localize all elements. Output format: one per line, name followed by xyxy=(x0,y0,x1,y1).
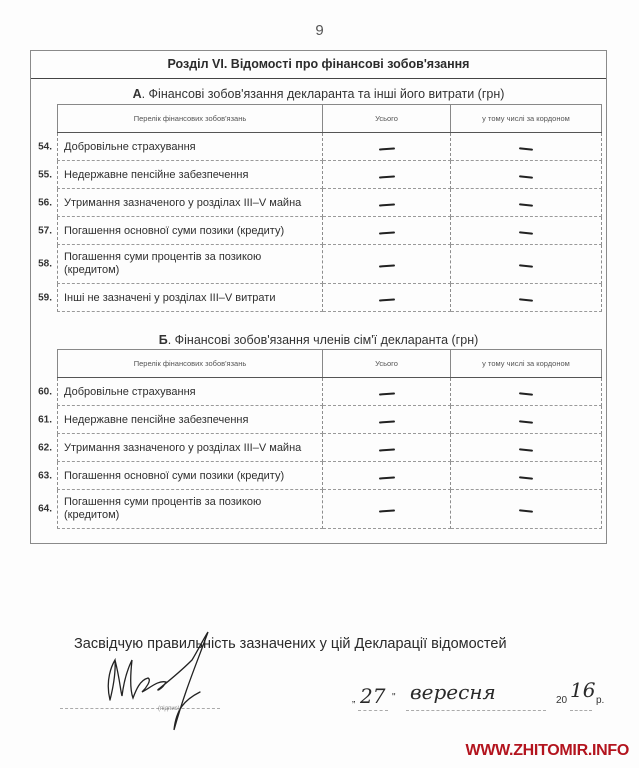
row-number: 62. xyxy=(28,442,52,453)
abroad-cell xyxy=(451,462,602,490)
total-cell xyxy=(323,462,451,490)
row-number: 59. xyxy=(28,292,52,303)
total-cell xyxy=(323,189,451,217)
table-b-title: Б. Фінансові зобов'язання членів сім'ї д… xyxy=(31,333,606,347)
abroad-cell xyxy=(451,406,602,434)
table-row: 59.Інші не зазначені у розділах III–V ви… xyxy=(58,284,602,312)
table-row: 54.Добровільне страхування xyxy=(58,133,602,161)
month-underline xyxy=(406,710,546,711)
table-row: 55.Недержавне пенсійне забезпечення xyxy=(58,161,602,189)
table-row: 57.Погашення основної суми позики (креди… xyxy=(58,217,602,245)
row-number: 57. xyxy=(28,225,52,236)
row-number: 55. xyxy=(28,169,52,180)
row-label: Погашення суми процентів за позикою (кре… xyxy=(64,496,279,522)
row-label: Добровільне страхування xyxy=(64,386,196,398)
table-a-title-text: . Фінансові зобов'язання декларанта та і… xyxy=(142,87,505,101)
table-a: Перелік фінансових зобов'язань Усього у … xyxy=(57,104,602,312)
handwritten-dash-icon xyxy=(378,231,394,234)
row-label-cell: 54.Добровільне страхування xyxy=(58,133,323,161)
handwritten-dash-icon xyxy=(378,175,394,178)
handwritten-dash-icon xyxy=(378,147,394,150)
row-label-cell: 59.Інші не зазначені у розділах III–V ви… xyxy=(58,284,323,312)
row-label-cell: 58.Погашення суми процентів за позикою (… xyxy=(58,245,323,284)
table-row: 60.Добровільне страхування xyxy=(58,378,602,406)
column-header-total: Усього xyxy=(323,105,451,133)
abroad-cell xyxy=(451,245,602,284)
abroad-cell xyxy=(451,490,602,529)
row-number: 56. xyxy=(28,197,52,208)
table-b-title-text: . Фінансові зобов'язання членів сім'ї де… xyxy=(168,333,479,347)
handwritten-dash-icon xyxy=(519,175,533,178)
handwritten-dash-icon xyxy=(378,448,394,451)
row-number: 54. xyxy=(28,141,52,152)
page-number: 9 xyxy=(0,22,639,39)
handwritten-dash-icon xyxy=(378,476,394,479)
row-number: 60. xyxy=(28,386,52,397)
row-number: 64. xyxy=(28,504,52,515)
section-vi-box: Розділ VI. Відомості про фінансові зобов… xyxy=(30,50,607,544)
abroad-cell xyxy=(451,284,602,312)
date-open-quote: „ xyxy=(352,694,355,705)
table-row: 56.Утримання зазначеного у розділах III–… xyxy=(58,189,602,217)
watermark: WWW.ZHITOMIR.INFO xyxy=(466,742,629,760)
table-row: 62.Утримання зазначеного у розділах III–… xyxy=(58,434,602,462)
column-header-total: Усього xyxy=(323,350,451,378)
table-row: 58.Погашення суми процентів за позикою (… xyxy=(58,245,602,284)
row-label-cell: 63.Погашення основної суми позики (креди… xyxy=(58,462,323,490)
table-a-letter: А xyxy=(133,87,142,101)
table-a-title: А. Фінансові зобов'язання декларанта та … xyxy=(31,87,606,101)
row-label: Утримання зазначеного у розділах III–V м… xyxy=(64,442,301,454)
row-label: Погашення суми процентів за позикою (кре… xyxy=(64,251,279,277)
table-a-header-row: Перелік фінансових зобов'язань Усього у … xyxy=(58,105,602,133)
table-b-letter: Б xyxy=(159,333,168,347)
column-header-abroad: у тому числі за кордоном xyxy=(451,350,602,378)
table-b: Перелік фінансових зобов'язань Усього у … xyxy=(57,349,602,529)
row-label: Інші не зазначені у розділах III–V витра… xyxy=(64,292,275,304)
table-row: 61.Недержавне пенсійне забезпечення xyxy=(58,406,602,434)
date-day: 27 xyxy=(360,684,385,708)
column-header-list: Перелік фінансових зобов'язань xyxy=(58,105,323,133)
signature-caption: (підпис) xyxy=(158,706,180,712)
abroad-cell xyxy=(451,133,602,161)
row-label-cell: 61.Недержавне пенсійне забезпечення xyxy=(58,406,323,434)
day-underline xyxy=(358,710,388,711)
handwritten-dash-icon xyxy=(519,298,533,301)
handwritten-dash-icon xyxy=(378,298,394,301)
date-year-unit: р. xyxy=(596,695,604,706)
row-number: 61. xyxy=(28,414,52,425)
total-cell xyxy=(323,378,451,406)
abroad-cell xyxy=(451,434,602,462)
row-label: Недержавне пенсійне забезпечення xyxy=(64,169,248,181)
column-header-abroad: у тому числі за кордоном xyxy=(451,105,602,133)
abroad-cell xyxy=(451,161,602,189)
row-label: Погашення основної суми позики (кредиту) xyxy=(64,470,284,482)
total-cell xyxy=(323,133,451,161)
handwritten-dash-icon xyxy=(519,420,533,423)
total-cell xyxy=(323,284,451,312)
total-cell xyxy=(323,406,451,434)
row-label: Добровільне страхування xyxy=(64,141,196,153)
row-label-cell: 56.Утримання зазначеного у розділах III–… xyxy=(58,189,323,217)
total-cell xyxy=(323,161,451,189)
handwritten-dash-icon xyxy=(378,203,394,206)
row-label-cell: 62.Утримання зазначеного у розділах III–… xyxy=(58,434,323,462)
row-label: Утримання зазначеного у розділах III–V м… xyxy=(64,197,301,209)
handwritten-dash-icon xyxy=(519,231,533,234)
abroad-cell xyxy=(451,189,602,217)
signature-icon xyxy=(80,630,230,740)
handwritten-dash-icon xyxy=(519,392,533,395)
handwritten-dash-icon xyxy=(519,264,533,267)
table-b-header-row: Перелік фінансових зобов'язань Усього у … xyxy=(58,350,602,378)
handwritten-dash-icon xyxy=(519,476,533,479)
total-cell xyxy=(323,434,451,462)
year-underline xyxy=(570,710,592,711)
signature-line xyxy=(60,708,220,709)
row-number: 58. xyxy=(28,259,52,270)
section-title: Розділ VI. Відомості про фінансові зобов… xyxy=(31,51,606,79)
row-label-cell: 60.Добровільне страхування xyxy=(58,378,323,406)
row-number: 63. xyxy=(28,470,52,481)
row-label-cell: 64.Погашення суми процентів за позикою (… xyxy=(58,490,323,529)
date-month: вересня xyxy=(410,680,496,704)
table-row: 63.Погашення основної суми позики (креди… xyxy=(58,462,602,490)
date-year-prefix: 20 xyxy=(556,695,567,706)
row-label: Погашення основної суми позики (кредиту) xyxy=(64,225,284,237)
handwritten-dash-icon xyxy=(378,392,394,395)
handwritten-dash-icon xyxy=(519,448,533,451)
date-close-quote: " xyxy=(392,692,396,703)
column-header-list: Перелік фінансових зобов'язань xyxy=(58,350,323,378)
total-cell xyxy=(323,245,451,284)
handwritten-dash-icon xyxy=(519,203,533,206)
signing-date: „ 27 " вересня 20 16 р. xyxy=(348,674,608,714)
row-label: Недержавне пенсійне забезпечення xyxy=(64,414,248,426)
row-label-cell: 55.Недержавне пенсійне забезпечення xyxy=(58,161,323,189)
handwritten-dash-icon xyxy=(378,509,394,512)
abroad-cell xyxy=(451,217,602,245)
table-row: 64.Погашення суми процентів за позикою (… xyxy=(58,490,602,529)
abroad-cell xyxy=(451,378,602,406)
date-year-suffix: 16 xyxy=(570,678,595,702)
handwritten-dash-icon xyxy=(378,264,394,267)
handwritten-dash-icon xyxy=(519,147,533,150)
handwritten-dash-icon xyxy=(519,509,533,512)
total-cell xyxy=(323,490,451,529)
total-cell xyxy=(323,217,451,245)
row-label-cell: 57.Погашення основної суми позики (креди… xyxy=(58,217,323,245)
handwritten-dash-icon xyxy=(378,420,394,423)
